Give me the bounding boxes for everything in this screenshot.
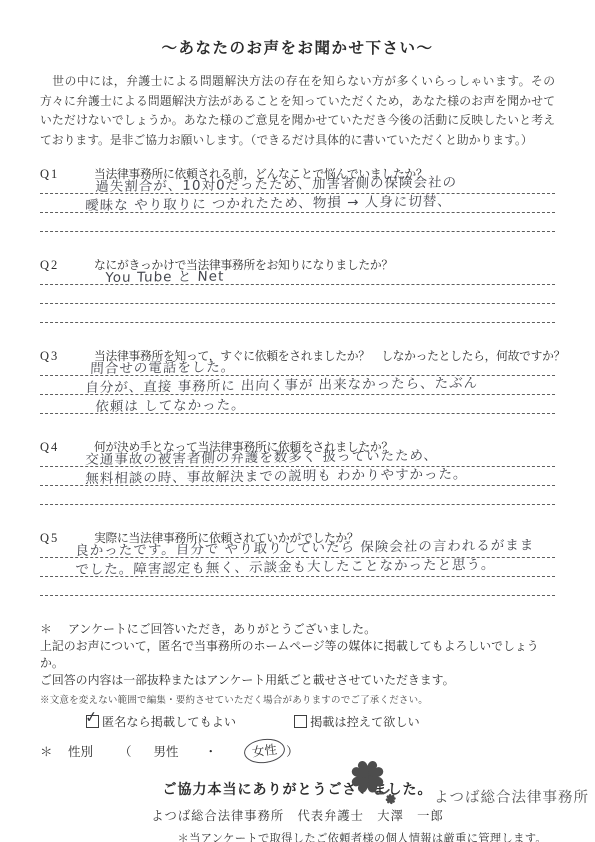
answer-line: でした。障害認定も無く、示談金も大したことなかったと思う。 bbox=[40, 558, 555, 577]
checkbox-anonymous-ok-label: 匿名なら掲載してもよい bbox=[102, 713, 236, 730]
consent-section: ＊ アンケートにご回答いただき，ありがとうございました。 上記のお声について，匿… bbox=[40, 621, 555, 763]
checkbox-decline-label: 掲載は控えて欲しい bbox=[310, 713, 420, 730]
handwritten-answer: でした。障害認定も無く、示談金も大したことなかったと思う。 bbox=[75, 553, 496, 578]
answer-line: 自分が、直接 事務所に 出向く事が 出来なかったら、たぶん bbox=[40, 376, 555, 395]
answer-line bbox=[40, 577, 555, 596]
answer-line bbox=[40, 213, 555, 232]
question-block-1: Q1 当法律事務所に依頼される前，どんなことで悩んでいましたか？ 過失割合が、1… bbox=[40, 166, 555, 232]
consent-publish-detail: ご回答の内容は一部抜粋またはアンケート用紙ごと載せさせていただきます。 bbox=[40, 672, 555, 689]
gender-option-female-circled: 女性 bbox=[243, 737, 287, 766]
handwritten-answer: 自分が、直接 事務所に 出向く事が 出来なかったら、たぶん bbox=[85, 371, 479, 396]
four-leaf-clover-icon bbox=[348, 760, 400, 814]
gender-separator-dot: ・ bbox=[205, 742, 218, 760]
answer-line: 無料相談の時、事故解決までの説明も わかりやすかった。 bbox=[40, 467, 555, 486]
questionnaire-page: ～あなたのお声をお聞かせ下さい～ 世の中には，弁護士による問題解決方法の存在を知… bbox=[0, 0, 595, 842]
question-block-2: Q2 なにがきっかけで当法律事務所をお知りになりましたか？ You Tube と… bbox=[40, 257, 555, 323]
checkbox-anonymous-ok: ✓ bbox=[86, 715, 99, 728]
handwritten-answer: 依頼は してなかった。 bbox=[95, 393, 246, 415]
handwritten-answer: You Tube と Net bbox=[105, 265, 225, 286]
asterisk-bullet: ＊ bbox=[40, 621, 68, 638]
handwritten-answer: 無料相談の時、事故解決までの説明も わかりやすかった。 bbox=[85, 462, 468, 487]
consent-publish-question: 上記のお声について，匿名で当事務所のホームページ等の媒体に掲載してもよろしいでし… bbox=[40, 638, 555, 672]
question-number: Q3 bbox=[40, 348, 94, 364]
asterisk-bullet: ＊ bbox=[40, 742, 68, 760]
gender-open-paren: （ bbox=[119, 742, 132, 760]
answer-line bbox=[40, 304, 555, 323]
question-block-3: Q3 当法律事務所を知って，すぐに依頼をされましたか？ しなかったとしたら，何故… bbox=[40, 348, 555, 414]
questions-section: Q1 当法律事務所に依頼される前，どんなことで悩んでいましたか？ 過失割合が、1… bbox=[40, 166, 555, 596]
handwritten-answer: 曖昧な やり取りに つかれたため、物損 → 人身に切替、 bbox=[85, 190, 452, 214]
question-block-4: Q4 何が決め手となって当法律事務所に依頼をされましたか？ 交通事故の被害者側の… bbox=[40, 439, 555, 505]
page-title: ～あなたのお声をお聞かせ下さい～ bbox=[40, 36, 555, 58]
intro-paragraph: 世の中には，弁護士による問題解決方法の存在を知らない方が多くいらっしゃいます。そ… bbox=[40, 72, 555, 150]
consent-thanks-text: アンケートにご回答いただき，ありがとうございました。 bbox=[68, 621, 376, 638]
gender-label: 性別 bbox=[68, 742, 93, 760]
gender-close-paren: ） bbox=[286, 742, 299, 760]
checkbox-decline bbox=[294, 715, 307, 728]
firm-logo: よつば総合法律事務所 bbox=[348, 760, 589, 814]
question-number: Q1 bbox=[40, 166, 94, 182]
answer-line: 依頼は してなかった。 bbox=[40, 395, 555, 414]
question-number: Q2 bbox=[40, 257, 94, 273]
consent-edit-note: ※文意を変えない範囲で編集・要約させていただく場合がありますのでご了承ください。 bbox=[40, 692, 555, 706]
answer-line: You Tube と Net bbox=[40, 273, 555, 285]
gender-option-male: 男性 bbox=[154, 742, 179, 760]
question-block-5: Q5 実際に当法律事務所に依頼されていかがでしたか？ 良かったです。自分で やり… bbox=[40, 530, 555, 596]
handwritten-check-icon: ✓ bbox=[84, 707, 99, 727]
privacy-note: ＊当アンケートで取得したご依頼者様の個人情報は厳重に管理します。 bbox=[40, 830, 555, 842]
firm-logotype: よつば総合法律事務所 bbox=[434, 786, 589, 807]
answer-line: 曖昧な やり取りに つかれたため、物損 → 人身に切替、 bbox=[40, 194, 555, 213]
answer-line bbox=[40, 285, 555, 304]
consent-checkbox-row: ✓ 匿名なら掲載してもよい 掲載は控えて欲しい bbox=[40, 713, 555, 730]
answer-line bbox=[40, 486, 555, 505]
